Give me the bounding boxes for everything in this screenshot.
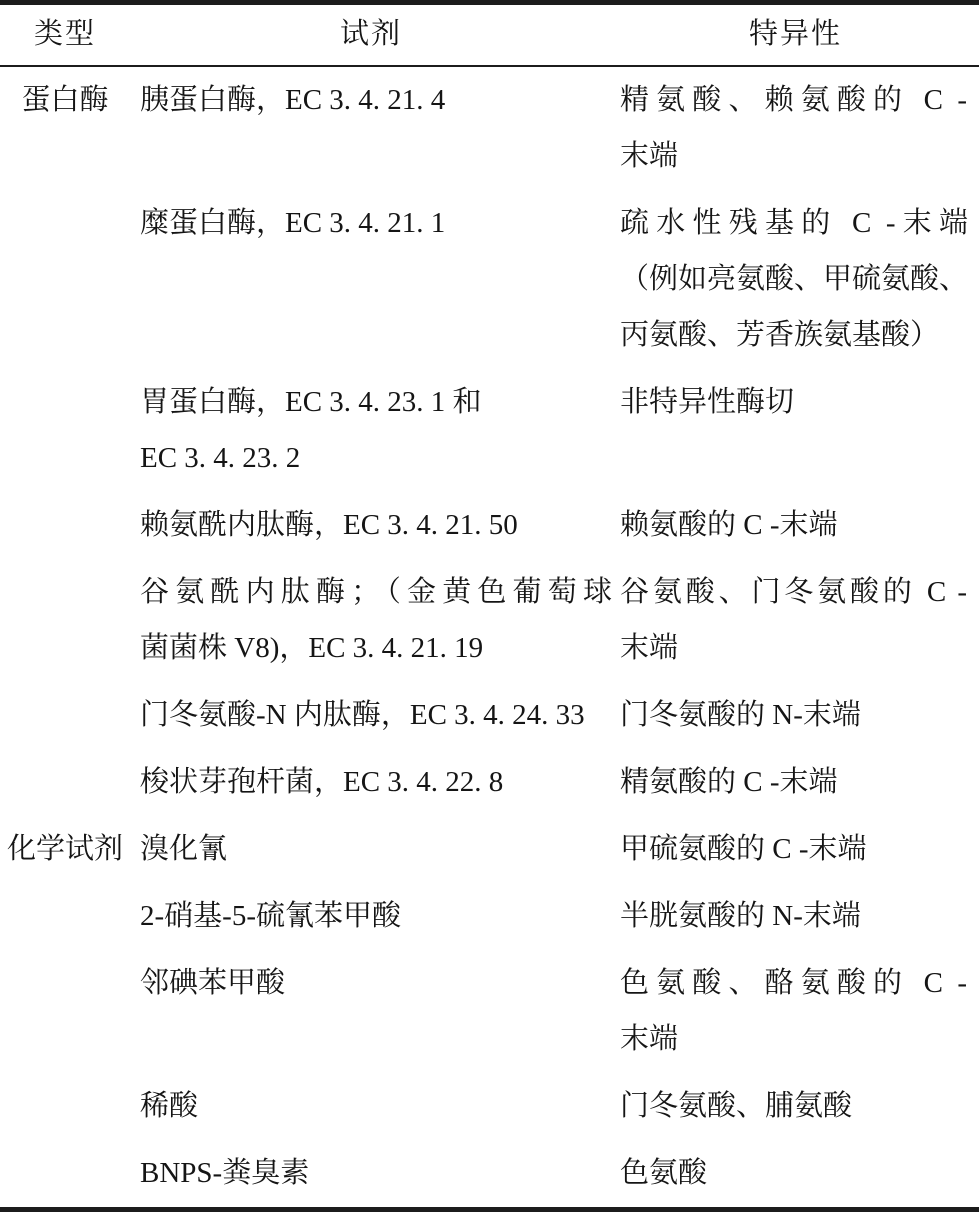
text-line: 赖氨酸的 C -末端	[620, 497, 967, 553]
type-cell	[0, 1145, 130, 1201]
text-line: 糜蛋白酶，EC 3. 4. 21. 1	[140, 195, 612, 251]
header-reagent: 试剂	[130, 12, 612, 56]
table-row: 赖氨酰内肽酶，EC 3. 4. 21. 50 赖氨酸的 C -末端	[0, 492, 979, 559]
specificity-cell: 甲硫氨酸的 C -末端	[612, 821, 979, 877]
table-row: 门冬氨酸-N 内肽酶，EC 3. 4. 24. 33 门冬氨酸的 N-末端	[0, 682, 979, 749]
text-line: 梭状芽孢杆菌，EC 3. 4. 22. 8	[140, 754, 612, 810]
reagent-cell: 胃蛋白酶，EC 3. 4. 23. 1 和EC 3. 4. 23. 2	[130, 374, 612, 486]
text-line: 疏水性残基的 C -末端	[620, 195, 968, 251]
text-line: 色氨酸、酪氨酸的 C -	[620, 955, 967, 1011]
text-line: 胃蛋白酶，EC 3. 4. 23. 1 和	[140, 374, 612, 430]
table-row: 稀酸 门冬氨酸、脯氨酸	[0, 1073, 979, 1140]
table-row: BNPS-粪臭素 色氨酸	[0, 1140, 979, 1207]
type-cell	[0, 754, 130, 810]
specificity-cell: 半胱氨酸的 N-末端	[612, 888, 979, 944]
text-line: EC 3. 4. 23. 2	[140, 430, 612, 486]
reagent-cell: 梭状芽孢杆菌，EC 3. 4. 22. 8	[130, 754, 612, 810]
table-row: 胃蛋白酶，EC 3. 4. 23. 1 和EC 3. 4. 23. 2 非特异性…	[0, 369, 979, 492]
text-line: 末端	[620, 620, 967, 676]
text-line: 赖氨酰内肽酶，EC 3. 4. 21. 50	[140, 497, 612, 553]
reagent-cell: 胰蛋白酶，EC 3. 4. 21. 4	[130, 72, 612, 184]
type-cell	[0, 374, 130, 486]
reagent-cell: 邻碘苯甲酸	[130, 955, 612, 1067]
text-line: 门冬氨酸、脯氨酸	[620, 1078, 967, 1134]
table-row: 谷氨酰内肽酶；（金黄色葡萄球菌菌株 V8)，EC 3. 4. 21. 19 谷氨…	[0, 559, 979, 682]
text-line: 2-硝基-5-硫氰苯甲酸	[140, 888, 612, 944]
table-body: 蛋白酶 胰蛋白酶，EC 3. 4. 21. 4 精氨酸、赖氨酸的 C -末端 糜…	[0, 67, 979, 1207]
text-line: 谷氨酰内肽酶；（金黄色葡萄球	[140, 564, 612, 620]
text-line: BNPS-粪臭素	[140, 1145, 612, 1201]
type-cell	[0, 195, 130, 363]
specificity-cell: 谷氨酸、门冬氨酸的 C -末端	[612, 564, 979, 676]
type-cell: 蛋白酶	[0, 72, 130, 184]
specificity-cell: 色氨酸	[612, 1145, 979, 1201]
specificity-cell: 门冬氨酸的 N-末端	[612, 687, 979, 743]
reagent-cell: 门冬氨酸-N 内肽酶，EC 3. 4. 24. 33	[130, 687, 612, 743]
reagent-cell: 赖氨酰内肽酶，EC 3. 4. 21. 50	[130, 497, 612, 553]
reagent-cell: 糜蛋白酶，EC 3. 4. 21. 1	[130, 195, 612, 363]
specificity-cell: 精氨酸的 C -末端	[612, 754, 979, 810]
text-line: 稀酸	[140, 1078, 612, 1134]
text-line: 半胱氨酸的 N-末端	[620, 888, 967, 944]
table-row: 糜蛋白酶，EC 3. 4. 21. 1 疏水性残基的 C -末端（例如亮氨酸、甲…	[0, 190, 979, 369]
table-row: 化学试剂 溴化氰 甲硫氨酸的 C -末端	[0, 816, 979, 883]
specificity-cell: 色氨酸、酪氨酸的 C -末端	[612, 955, 979, 1067]
reagent-cell: 谷氨酰内肽酶；（金黄色葡萄球菌菌株 V8)，EC 3. 4. 21. 19	[130, 564, 612, 676]
text-line: （例如亮氨酸、甲硫氨酸、	[620, 251, 968, 307]
reagent-specificity-table: 类型 试剂 特异性 蛋白酶 胰蛋白酶，EC 3. 4. 21. 4 精氨酸、赖氨…	[0, 0, 979, 1212]
table-row: 蛋白酶 胰蛋白酶，EC 3. 4. 21. 4 精氨酸、赖氨酸的 C -末端	[0, 67, 979, 190]
specificity-cell: 疏水性残基的 C -末端（例如亮氨酸、甲硫氨酸、丙氨酸、芳香族氨基酸）	[612, 195, 979, 363]
reagent-cell: 稀酸	[130, 1078, 612, 1134]
text-line: 甲硫氨酸的 C -末端	[620, 821, 967, 877]
table-row: 2-硝基-5-硫氰苯甲酸 半胱氨酸的 N-末端	[0, 883, 979, 950]
text-line: 非特异性酶切	[620, 374, 967, 430]
table-header-row: 类型 试剂 特异性	[0, 5, 979, 67]
text-line: 精氨酸的 C -末端	[620, 754, 967, 810]
reagent-cell: BNPS-粪臭素	[130, 1145, 612, 1201]
reagent-cell: 溴化氰	[130, 821, 612, 877]
specificity-cell: 精氨酸、赖氨酸的 C -末端	[612, 72, 979, 184]
text-line: 末端	[620, 1011, 967, 1067]
text-line: 胰蛋白酶，EC 3. 4. 21. 4	[140, 72, 612, 128]
text-line: 溴化氰	[140, 821, 612, 877]
specificity-cell: 非特异性酶切	[612, 374, 979, 486]
text-line: 精氨酸、赖氨酸的 C -	[620, 72, 967, 128]
specificity-cell: 赖氨酸的 C -末端	[612, 497, 979, 553]
text-line: 谷氨酸、门冬氨酸的 C -	[620, 564, 967, 620]
type-cell	[0, 888, 130, 944]
header-specificity: 特异性	[612, 12, 979, 56]
reagent-cell: 2-硝基-5-硫氰苯甲酸	[130, 888, 612, 944]
text-line: 色氨酸	[620, 1145, 967, 1201]
text-line: 门冬氨酸的 N-末端	[620, 687, 967, 743]
type-cell	[0, 1078, 130, 1134]
text-line: 邻碘苯甲酸	[140, 955, 612, 1011]
type-cell	[0, 955, 130, 1067]
type-cell	[0, 687, 130, 743]
header-type: 类型	[0, 12, 130, 56]
text-line: 丙氨酸、芳香族氨基酸）	[620, 307, 968, 363]
table-row: 梭状芽孢杆菌，EC 3. 4. 22. 8 精氨酸的 C -末端	[0, 749, 979, 816]
type-cell	[0, 564, 130, 676]
specificity-cell: 门冬氨酸、脯氨酸	[612, 1078, 979, 1134]
type-cell	[0, 497, 130, 553]
table-row: 邻碘苯甲酸 色氨酸、酪氨酸的 C -末端	[0, 950, 979, 1073]
type-cell: 化学试剂	[0, 821, 130, 877]
text-line: 门冬氨酸-N 内肽酶，EC 3. 4. 24. 33	[140, 687, 612, 743]
text-line: 末端	[620, 128, 967, 184]
text-line: 菌菌株 V8)，EC 3. 4. 21. 19	[140, 620, 612, 676]
